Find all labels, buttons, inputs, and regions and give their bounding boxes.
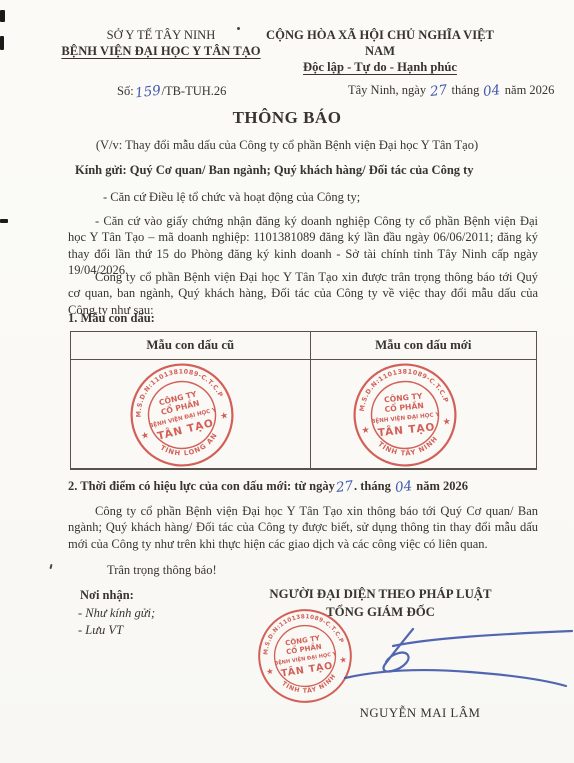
- section2-mid: . tháng: [354, 479, 391, 493]
- section2-month-handwritten: 04: [394, 478, 413, 496]
- doc-no-suffix: /TB-TUH.26: [161, 84, 226, 98]
- svg-text:★: ★: [442, 416, 451, 428]
- document-title: THÔNG BÁO: [0, 108, 574, 128]
- new-seal-stamp: M.S.D.N:1101381089-C.T.C.P TỈNH TÂY NINH…: [350, 360, 460, 470]
- national-motto: Độc lập - Tự do - Hạnh phúc: [252, 59, 508, 75]
- document-page: SỞ Y TẾ TÂY NINH BỆNH VIỆN ĐẠI HỌC Y TÂN…: [0, 0, 574, 763]
- document-number: Số:159/TB-TUH.26: [117, 83, 226, 99]
- signer-name: NGUYỄN MAI LÂM: [330, 706, 510, 721]
- dateline-thang: tháng: [452, 83, 480, 97]
- scan-artifact: [0, 219, 8, 223]
- table-column-divider: [310, 360, 311, 468]
- signature-seal-stamp: M.S.D.N:1101381089-C.T.C.P TỈNH TÂY NINH…: [255, 606, 355, 706]
- dateline-nam: năm 2026: [505, 83, 555, 97]
- section2-prefix: 2. Thời điểm có hiệu lực của con dấu mới…: [68, 479, 335, 493]
- issuer-name: BỆNH VIỆN ĐẠI HỌC Y TÂN TẠO: [52, 43, 270, 59]
- old-seal-stamp: M.S.D.N:1101381089-C.T.C.P TỈNH LONG AN …: [127, 360, 237, 470]
- premise-1: - Căn cứ Điều lệ tổ chức và hoạt động củ…: [103, 189, 360, 205]
- seal-comparison-table: Mẫu con dấu cũ Mẫu con dấu mới M.S.D.N:1…: [70, 331, 537, 470]
- dateline: Tây Ninh, ngày 27 tháng 04 năm 2026: [348, 82, 554, 98]
- svg-text:★: ★: [361, 425, 370, 437]
- scan-artifact: [0, 36, 4, 50]
- national-motto-block: CỘNG HÒA XÃ HỘI CHỦ NGHĨA VIỆT NAM Độc l…: [252, 27, 508, 75]
- section2-suffix: năm 2026: [416, 479, 468, 493]
- dateline-place: Tây Ninh, ngày: [348, 83, 426, 97]
- section2-heading: 2. Thời điểm có hiệu lực của con dấu mới…: [68, 478, 468, 494]
- issuer-block: SỞ Y TẾ TÂY NINH BỆNH VIỆN ĐẠI HỌC Y TÂN…: [52, 27, 270, 59]
- svg-text:★: ★: [140, 429, 151, 442]
- old-seal-column-header: Mẫu con dấu cũ: [71, 332, 310, 359]
- dateline-month-handwritten: 04: [483, 82, 502, 100]
- recipient-item: - Lưu VT: [78, 622, 123, 638]
- national-title: CỘNG HÒA XÃ HỘI CHỦ NGHĨA VIỆT NAM: [252, 27, 508, 59]
- scan-artifact: [49, 564, 52, 569]
- scan-artifact: [0, 10, 5, 22]
- salutation: Kính gửi: Quý Cơ quan/ Ban ngành; Quý kh…: [75, 162, 474, 178]
- regards-line: Trân trọng thông báo!: [107, 562, 217, 578]
- svg-text:★: ★: [219, 410, 230, 423]
- svg-text:★: ★: [265, 666, 274, 677]
- recipient-item: - Như kính gửi;: [78, 605, 155, 621]
- signer-title-legal: NGƯỜI ĐẠI DIỆN THEO PHÁP LUẬT: [268, 586, 493, 602]
- svg-text:★: ★: [339, 654, 348, 665]
- dateline-day-handwritten: 27: [429, 82, 448, 100]
- seal-table-header-row: Mẫu con dấu cũ Mẫu con dấu mới: [71, 332, 536, 360]
- document-subtitle: (V/v: Thay đổi mẫu dấu của Công ty cổ ph…: [0, 137, 574, 153]
- closing-paragraph: Công ty cổ phần Bệnh viện Đại học Y Tân …: [68, 503, 538, 552]
- section2-day-handwritten: 27: [335, 478, 354, 496]
- recipients-label: Nơi nhận:: [80, 587, 134, 603]
- doc-no-handwritten: 159: [134, 82, 162, 101]
- section1-heading: 1. Mẫu con dấu:: [68, 310, 155, 326]
- new-seal-column-header: Mẫu con dấu mới: [310, 332, 536, 359]
- issuer-parent: SỞ Y TẾ TÂY NINH: [52, 27, 270, 43]
- doc-no-label: Số:: [117, 84, 134, 98]
